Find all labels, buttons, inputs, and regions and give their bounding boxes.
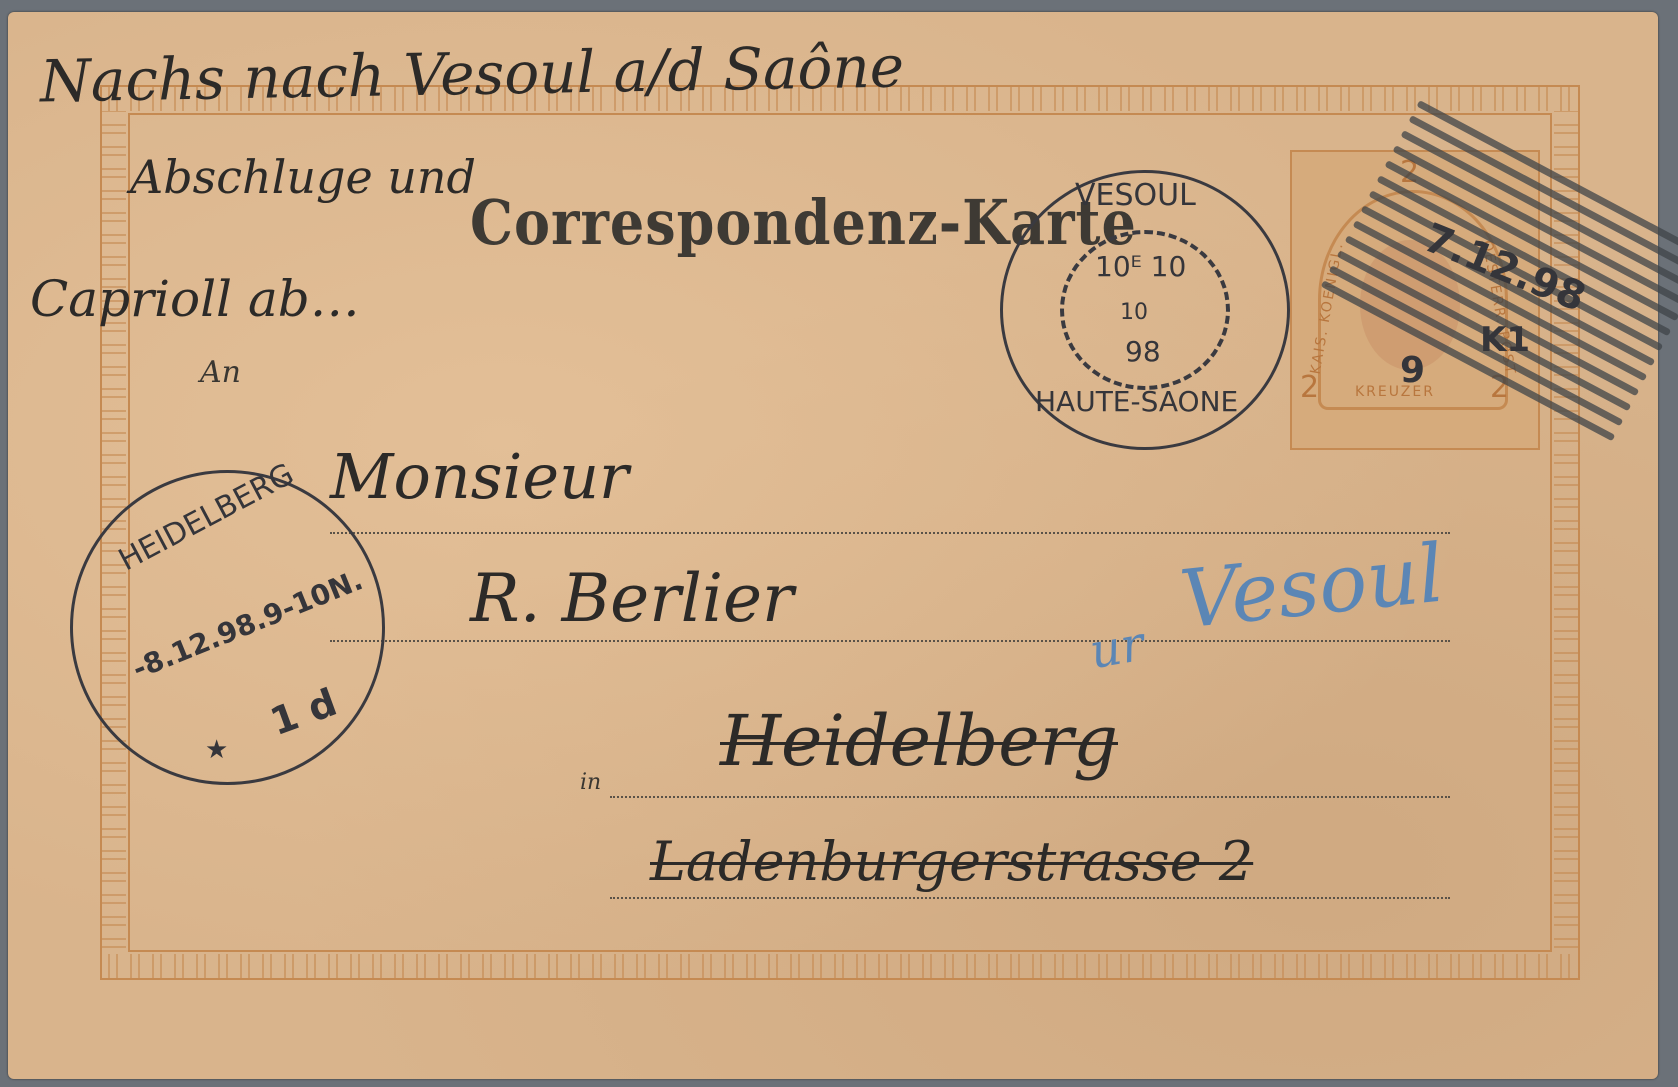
vesoul-postmark-day: 10 xyxy=(1120,300,1148,325)
address-line-4 xyxy=(610,897,1450,899)
address-line-2 xyxy=(330,640,1450,642)
greek-key-border-bottom xyxy=(102,954,1578,978)
vesoul-postmark-bottom: HAUTE-SAONE xyxy=(1035,385,1238,418)
in-label: in xyxy=(580,770,601,795)
address-line-1 xyxy=(330,532,1450,534)
blue-note: ur xyxy=(1086,616,1149,681)
handwriting-line-3: Caprioll ab… xyxy=(30,270,360,328)
star-icon: ★ xyxy=(205,735,228,765)
handwriting-line-2: Abschluge und xyxy=(130,150,476,204)
oval-cancel-line2: 9 xyxy=(1400,350,1425,391)
vesoul-postmark-time: 10ᴱ 10 xyxy=(1095,250,1186,283)
oval-cancel-line3: K1 xyxy=(1480,320,1530,360)
to-label: An xyxy=(200,355,241,390)
salutation: Monsieur xyxy=(330,440,629,513)
address-line-3 xyxy=(610,796,1450,798)
vesoul-postmark-top: VESOUL xyxy=(1075,178,1196,213)
recipient-name: R. Berlier xyxy=(470,560,794,637)
city-crossed-out: Heidelberg xyxy=(720,700,1118,782)
vesoul-postmark-year: 98 xyxy=(1125,335,1161,368)
street-crossed-out: Ladenburgerstrasse 2 xyxy=(650,830,1253,893)
